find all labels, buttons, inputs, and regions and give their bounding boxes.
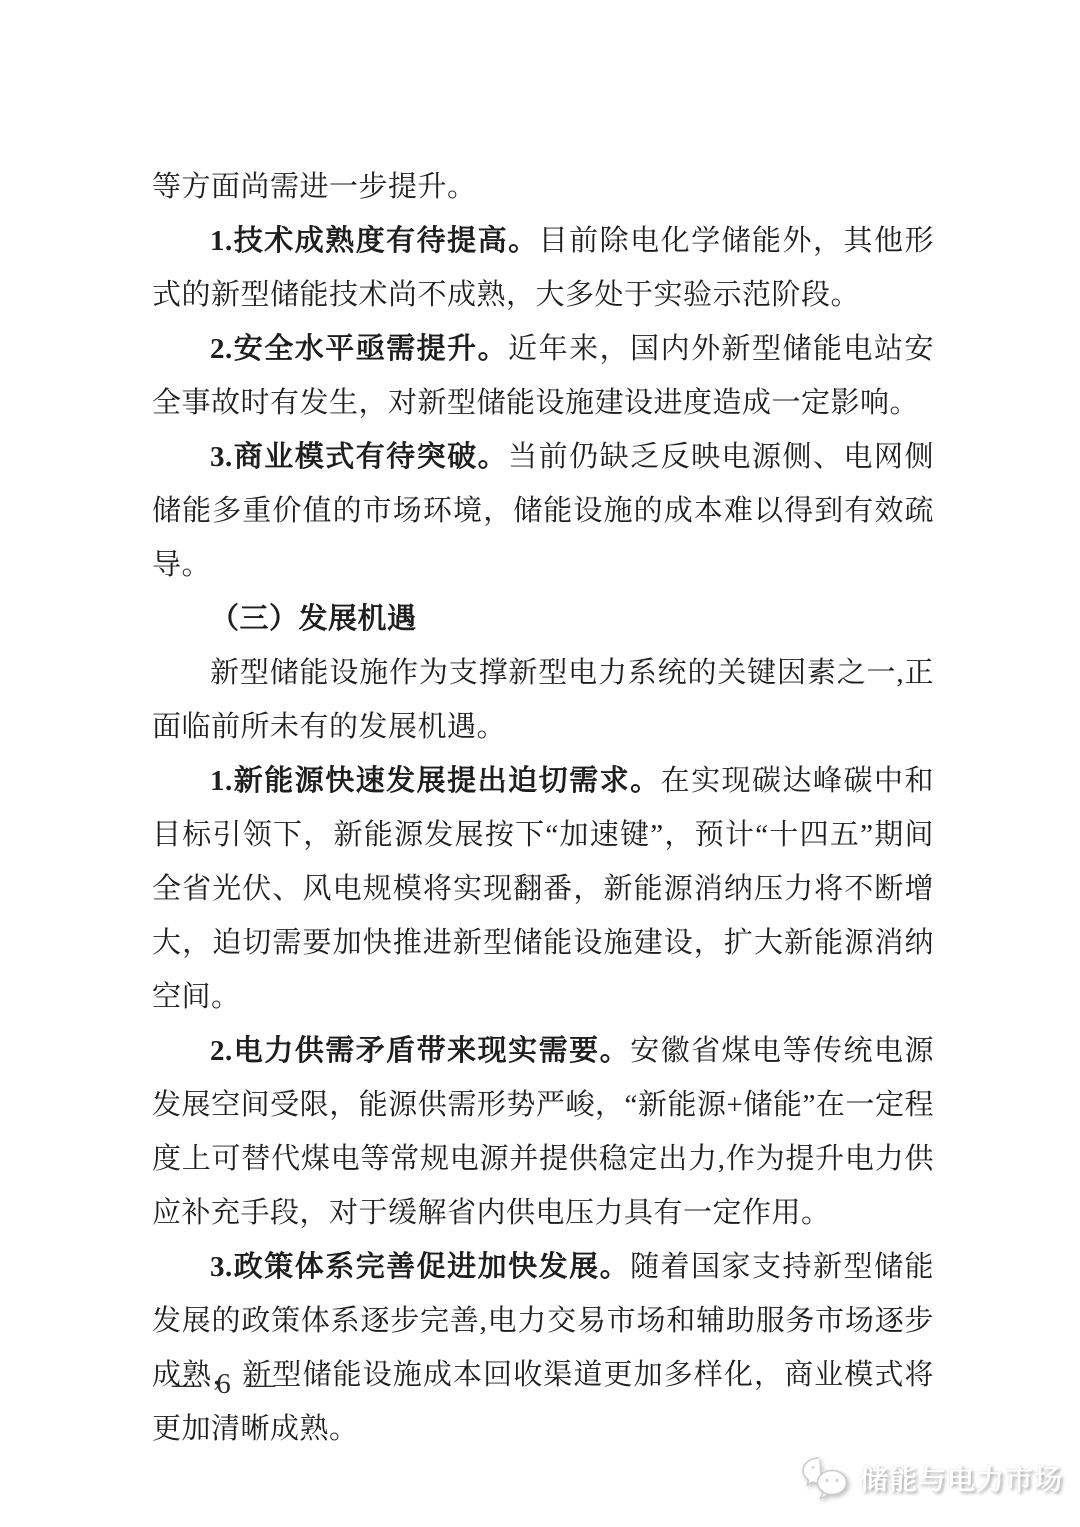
watermark: 储能与电力市场 — [799, 1446, 1063, 1510]
paragraph-lead: 1.技术成熟度有待提高。 — [210, 225, 539, 257]
paragraph-text: 在实现碳达峰碳中和目标引领下，新能源发展按下“加速键”，预计“十四五”期间全省光… — [152, 765, 934, 1013]
document-page: 等方面尚需进一步提升。 1.技术成熟度有待提高。目前除电化学储能外，其他形式的新… — [0, 0, 1080, 1527]
paragraph-lead: 3.商业模式有待突破。 — [210, 441, 508, 473]
paragraph-numbered-4: 1.新能源快速发展提出迫切需求。在实现碳达峰碳中和目标引领下，新能源发展按下“加… — [152, 754, 934, 1024]
paragraph-numbered-3: 3.商业模式有待突破。当前仍缺乏反映电源侧、电网侧储能多重价值的市场环境，储能设… — [152, 430, 934, 592]
section-heading: （三）发展机遇 — [152, 592, 934, 646]
watermark-label: 储能与电力市场 — [860, 1458, 1063, 1498]
document-body: 等方面尚需进一步提升。 1.技术成熟度有待提高。目前除电化学储能外，其他形式的新… — [152, 160, 934, 1456]
paragraph-numbered-1: 1.技术成熟度有待提高。目前除电化学储能外，其他形式的新型储能技术尚不成熟，大多… — [152, 214, 934, 322]
paragraph-numbered-5: 2.电力供需矛盾带来现实需要。安徽省煤电等传统电源发展空间受限，能源供需形势严峻… — [152, 1024, 934, 1240]
paragraph-lead: 2.安全水平亟需提升。 — [210, 333, 508, 365]
paragraph-continuation: 等方面尚需进一步提升。 — [152, 160, 934, 214]
paragraph-lead: 1.新能源快速发展提出迫切需求。 — [210, 765, 661, 797]
wechat-icon — [799, 1455, 851, 1501]
paragraph-lead: 3.政策体系完善促进加快发展。 — [210, 1251, 630, 1283]
paragraph-body: 新型储能设施作为支撑新型电力系统的关键因素之一,正面临前所未有的发展机遇。 — [152, 646, 934, 754]
paragraph-numbered-2: 2.安全水平亟需提升。近年来，国内外新型储能电站安全事故时有发生，对新型储能设施… — [152, 322, 934, 430]
paragraph-lead: 2.电力供需矛盾带来现实需要。 — [210, 1035, 630, 1067]
paragraph-numbered-6: 3.政策体系完善促进加快发展。随着国家支持新型储能发展的政策体系逐步完善,电力交… — [152, 1240, 934, 1456]
page-number: — 6 — — [172, 1368, 279, 1401]
